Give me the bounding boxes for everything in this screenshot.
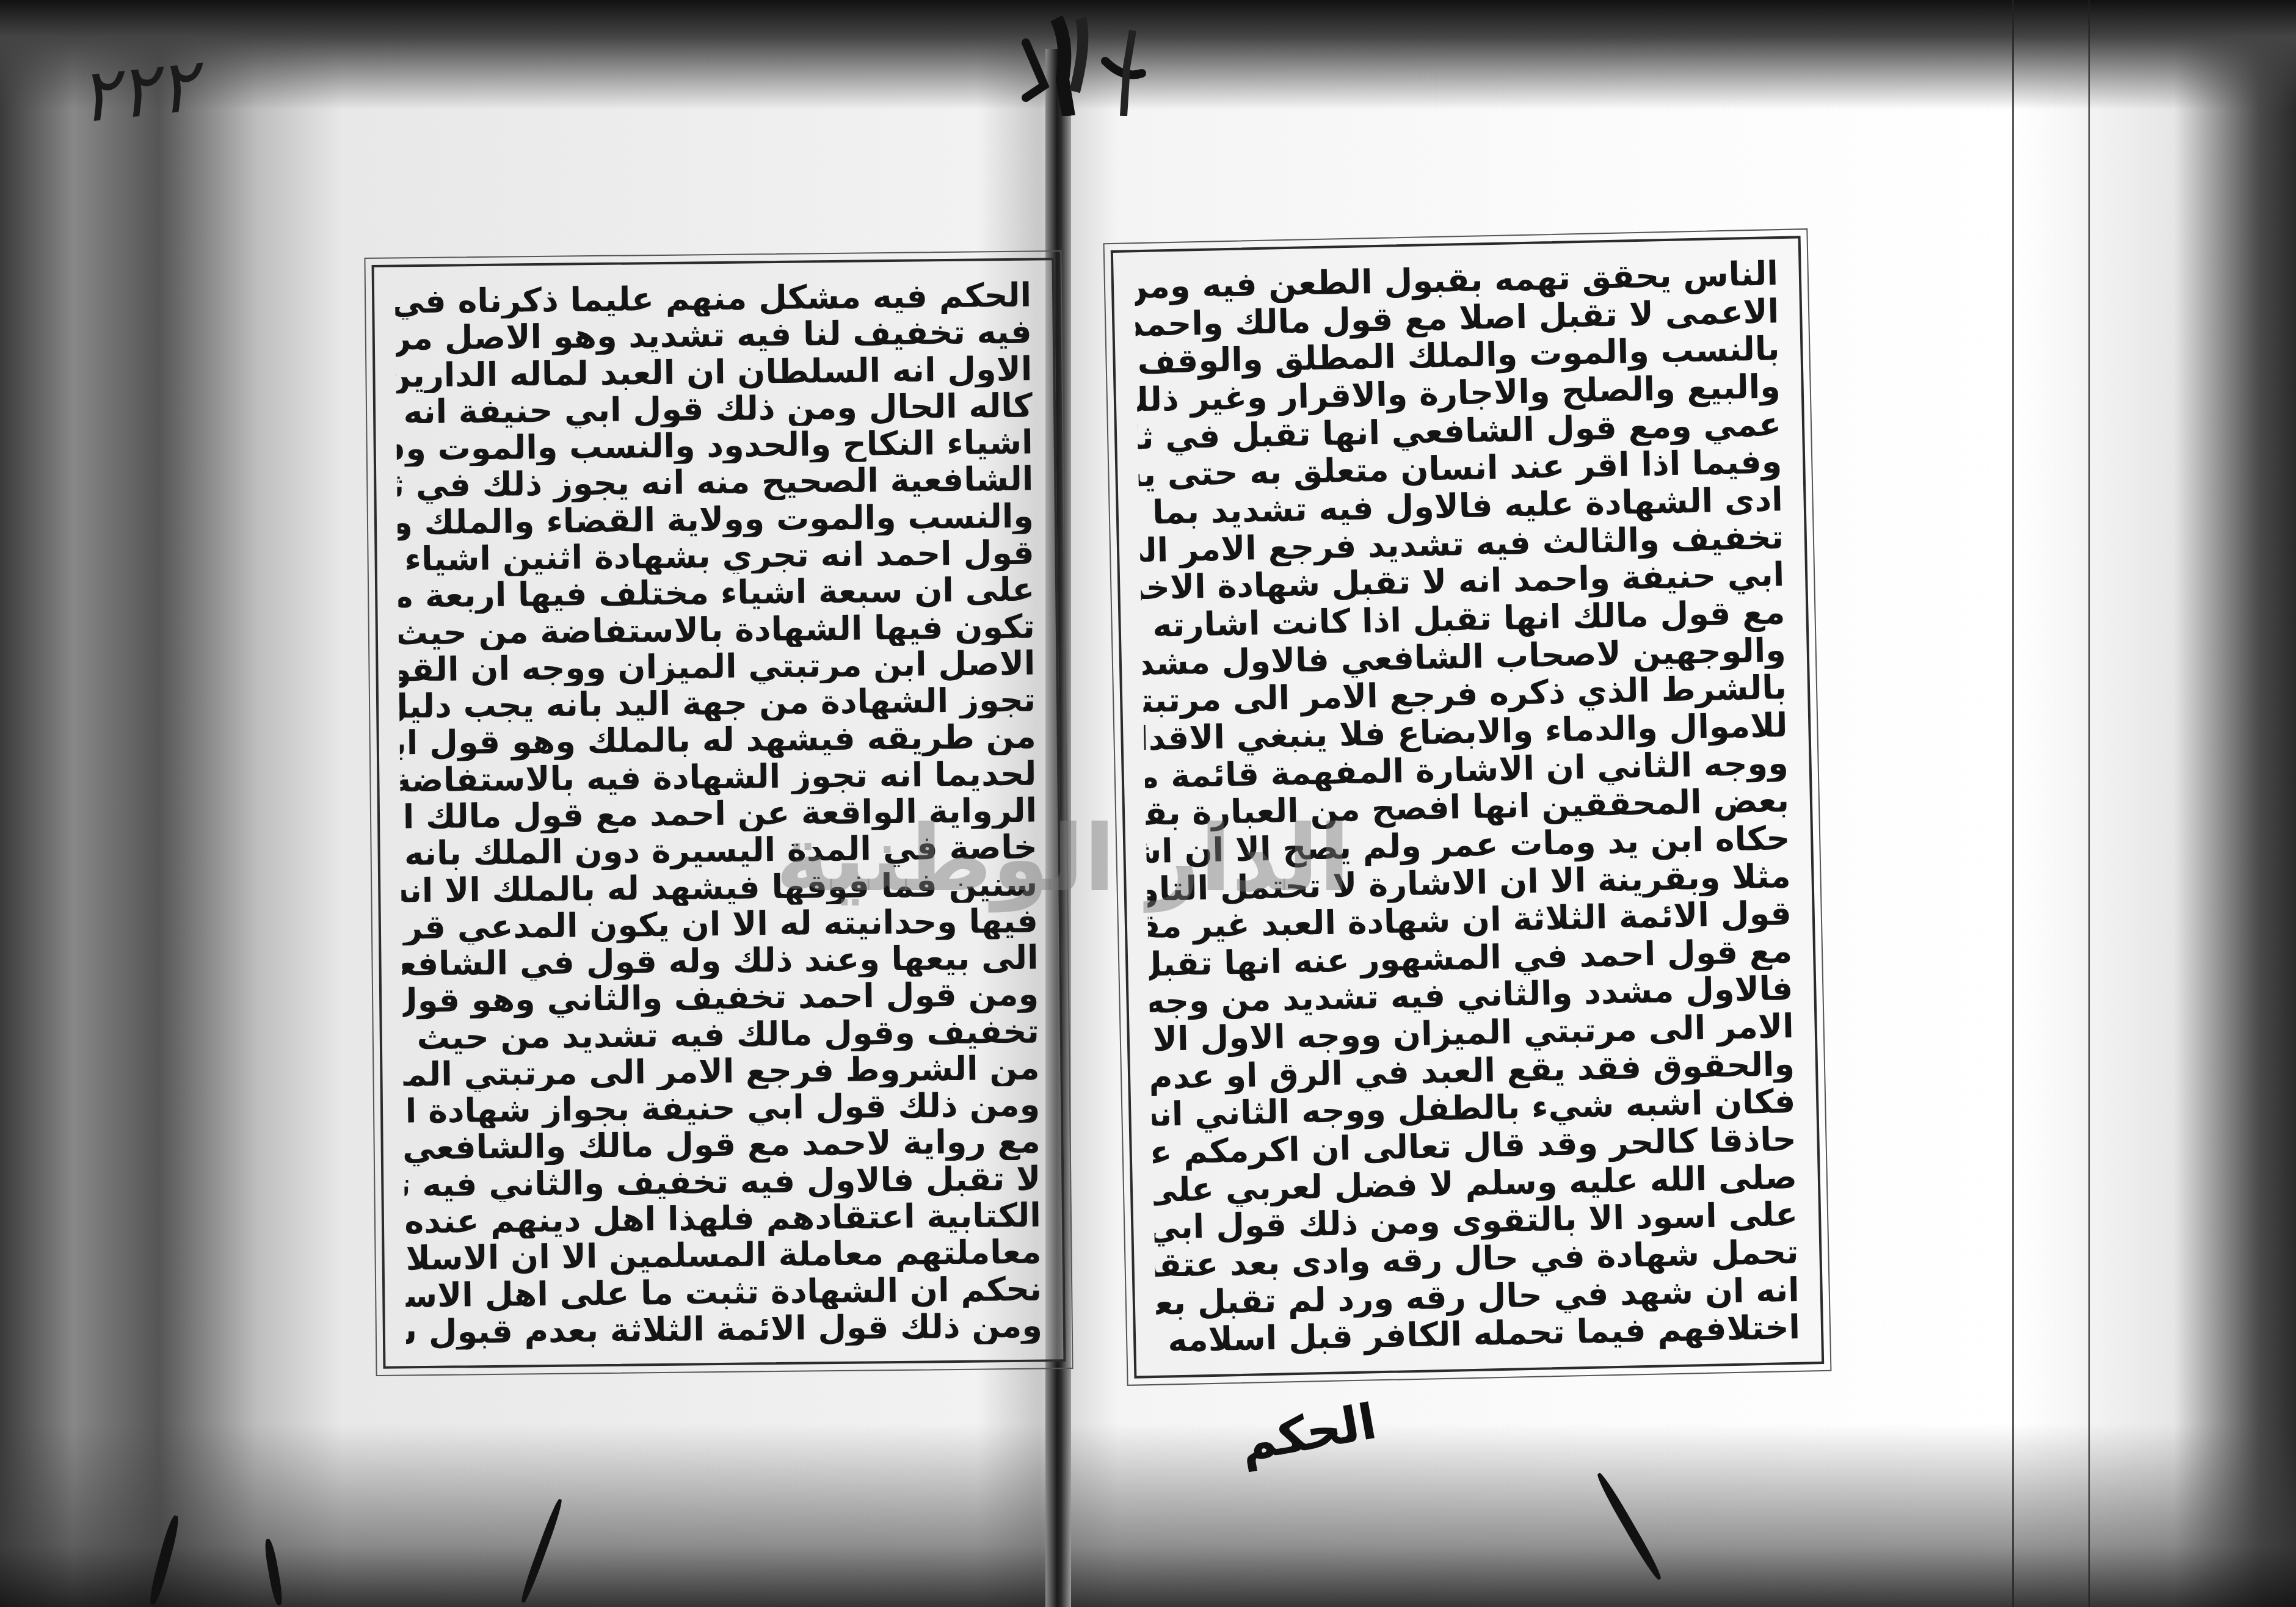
text-line: قول احمد انه تجري بشهادة اثنين اشياء تلك…	[398, 534, 1034, 578]
bottom-shadow	[0, 1424, 2296, 1607]
text-line: من طريقه فيشهد له بالملك وهو قول ابن عبد…	[399, 718, 1036, 761]
text-line: كاله الحال ومن ذلك قول ابي حنيفة انه تجر…	[396, 386, 1033, 430]
text-line: ومن قول احمد تخفيف والثاني وهو قول المرو…	[402, 976, 1039, 1019]
binding-clip-icon	[1001, 6, 1160, 116]
text-line: على ان سبعة اشياء مختلف فيها اربعة منها …	[398, 571, 1035, 614]
text-line: فيه تخفيف لنا فيه تشديد وهو الاصل مرتبتي…	[396, 313, 1033, 357]
text-line: الحكم فيه مشكل منهم عليما ذكرناه في مسئل…	[395, 277, 1032, 320]
text-line: نحكم ان الشهادة تثبت ما على اهل الاسلام …	[405, 1270, 1042, 1313]
text-line: تكون فيها الشهادة بالاستفاضة من حيث الول…	[399, 608, 1036, 651]
text-line: تجوز الشهادة من جهة اليد بانه يجب دليل ا…	[399, 681, 1036, 725]
text-line: ومن ذلك قول الائمة الثلاثة بعدم قبول شها…	[406, 1307, 1043, 1350]
text-line: والنسب والموت وولاية القضاء والملك والعت…	[398, 497, 1034, 540]
margin-ruling-line	[2012, 0, 2014, 1607]
text-line: الى بيعها وعند ذلك وله قول في الشافعي وم…	[402, 939, 1039, 982]
text-line: اشياء النكاح والحدود والنسب والموت وفي ا…	[396, 424, 1033, 467]
margin-ruling-line	[2088, 0, 2090, 1607]
text-line: من الشروط فرجع الامر الى مرتبتي الميزان …	[403, 1049, 1040, 1092]
text-line: الكتابية اعتقادهم فلهذا اهل دينهم عنده و…	[405, 1197, 1042, 1240]
folio-number: ٢٢٢	[75, 43, 202, 139]
text-line: لا تقبل فالاول فيه تخفيف والثاني فيه تشد…	[404, 1159, 1041, 1203]
text-line: لحديما انه تجوز الشهادة فيه بالاستفاضة م…	[400, 755, 1037, 798]
text-line: مع رواية لاحمد مع قول مالك والشافعي واحم…	[404, 1123, 1041, 1166]
text-line: معاملتهم معاملة المسلمين الا ان الاسلام …	[405, 1233, 1042, 1277]
text-line: الشافعية الصحيح منه انه يجوز ذلك في ثمان…	[397, 460, 1034, 504]
text-line: ومن ذلك قول ابي حنيفة بجواز شهادة اهل ال…	[404, 1086, 1041, 1130]
text-line: تخفيف وقول مالك فيه تشديد من حيث عدم الش…	[403, 1012, 1040, 1056]
watermark: الدار الوطنية	[776, 806, 1350, 912]
text-line: الاول انه السلطان ان العبد لماله الدارين…	[396, 350, 1033, 393]
text-line: الاصل ابن مرتبتي الميزان ووجه ان القول ا…	[399, 644, 1036, 687]
